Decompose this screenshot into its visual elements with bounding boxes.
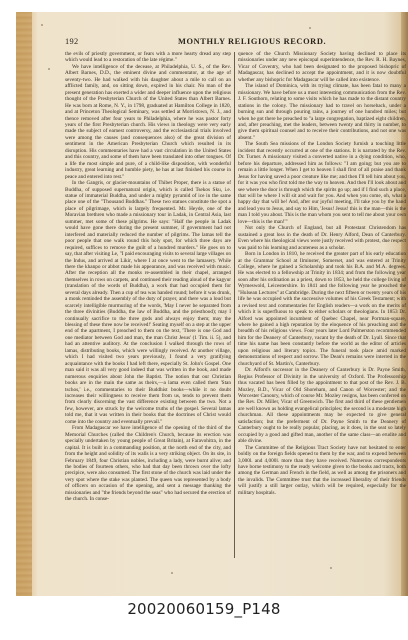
paragraph: We have intelligence of the decease, at … bbox=[65, 64, 231, 180]
paragraph: The South Sea missions of the London Soc… bbox=[238, 141, 406, 225]
paper-speck bbox=[171, 572, 173, 574]
paragraph: Not only the Church of England, but all … bbox=[238, 225, 406, 251]
image-caption: 20020060159_P148 bbox=[0, 600, 408, 618]
paragraph: Dr. Alford's successor in the Deanery of… bbox=[238, 367, 406, 444]
paper-speck bbox=[41, 24, 43, 26]
paper-speck bbox=[309, 27, 311, 29]
paragraph: In the Gangris, or glacier-mountains of … bbox=[65, 180, 231, 425]
page-number: 192 bbox=[65, 37, 78, 46]
running-title: MONTHLY RELIGIOUS RECORD. bbox=[178, 37, 326, 46]
page-edge-stain bbox=[16, 12, 32, 596]
paper-speck bbox=[330, 567, 332, 569]
paragraph: The Committee of the Religious Tract Soc… bbox=[238, 445, 406, 497]
paragraph: From Madagascar we have intelligence of … bbox=[65, 425, 231, 502]
page-header: 192 MONTHLY RELIGIOUS RECORD. bbox=[65, 37, 405, 49]
paper-speck bbox=[48, 68, 50, 70]
paragraph: The island of Dominica, with its trying … bbox=[238, 83, 406, 141]
left-column: the evils of priestly government, or fea… bbox=[65, 51, 231, 503]
column-divider bbox=[234, 52, 235, 558]
paragraph: the evils of priestly government, or fea… bbox=[65, 51, 231, 64]
paragraph: quence of the Church Missionary Society … bbox=[238, 51, 406, 83]
right-column: quence of the Church Missionary Society … bbox=[238, 51, 406, 496]
paragraph: Born in London in 1810, he received the … bbox=[238, 251, 406, 367]
